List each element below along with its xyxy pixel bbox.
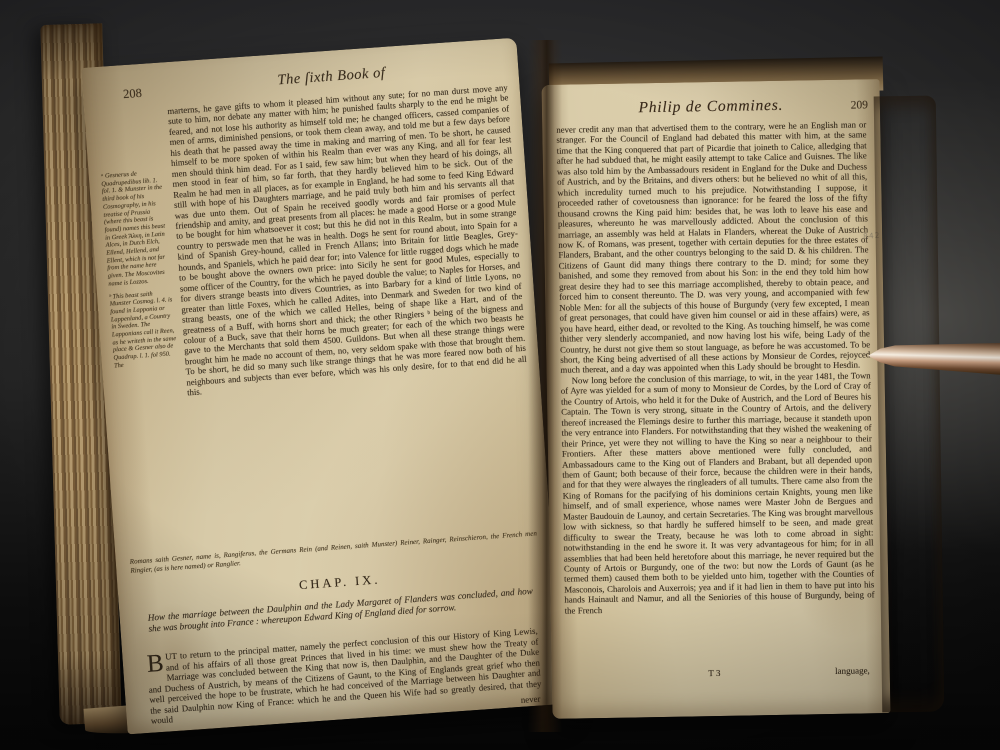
margin-note-b: ᵇ This beast saith Munster Cosmog. l. 4.… — [109, 289, 178, 370]
left-page-number: 208 — [123, 86, 143, 102]
book-photo: 208 The ſixth Book of ᵃ Gesnerus de Quad… — [0, 0, 1000, 750]
right-page-body: never credit any man that advertised the… — [556, 119, 875, 616]
right-page: Philip de Commines. 209 never credit any… — [541, 79, 890, 719]
margin-note-a: ᵃ Gesnerus de Quadrupedibus lib. 1. fol.… — [101, 168, 173, 288]
signature-mark: T 3 — [708, 668, 720, 678]
right-page-header: Philip de Commines. 209 — [558, 95, 864, 120]
right-paragraph-1: never credit any man that advertised the… — [556, 119, 870, 375]
left-paragraph: BUT to return to the principal matter, n… — [146, 626, 542, 727]
left-page-body: ᵃ Gesnerus de Quadrupedibus lib. 1. fol.… — [96, 82, 527, 403]
book-gutter-shadow — [528, 40, 562, 732]
signature-line: T 3 language, — [566, 665, 876, 682]
margin-notes-column: ᵃ Gesnerus de Quadrupedibus lib. 1. fol.… — [101, 168, 181, 403]
left-page: 208 The ſixth Book of ᵃ Gesnerus de Quad… — [81, 38, 563, 735]
right-page-number: 209 — [851, 99, 868, 111]
left-paragraph-text: UT to return to the principal matter, na… — [148, 626, 541, 726]
fore-edge-page-block — [874, 96, 945, 713]
right-catchword: language, — [835, 665, 870, 676]
drop-cap-initial: B — [146, 652, 166, 675]
right-paragraph-2: Now long before the conclusion of this m… — [561, 370, 875, 616]
left-body-text: marterns, he gave gifts to whom it pleas… — [167, 82, 528, 398]
right-running-header: Philip de Commines. — [558, 95, 864, 118]
